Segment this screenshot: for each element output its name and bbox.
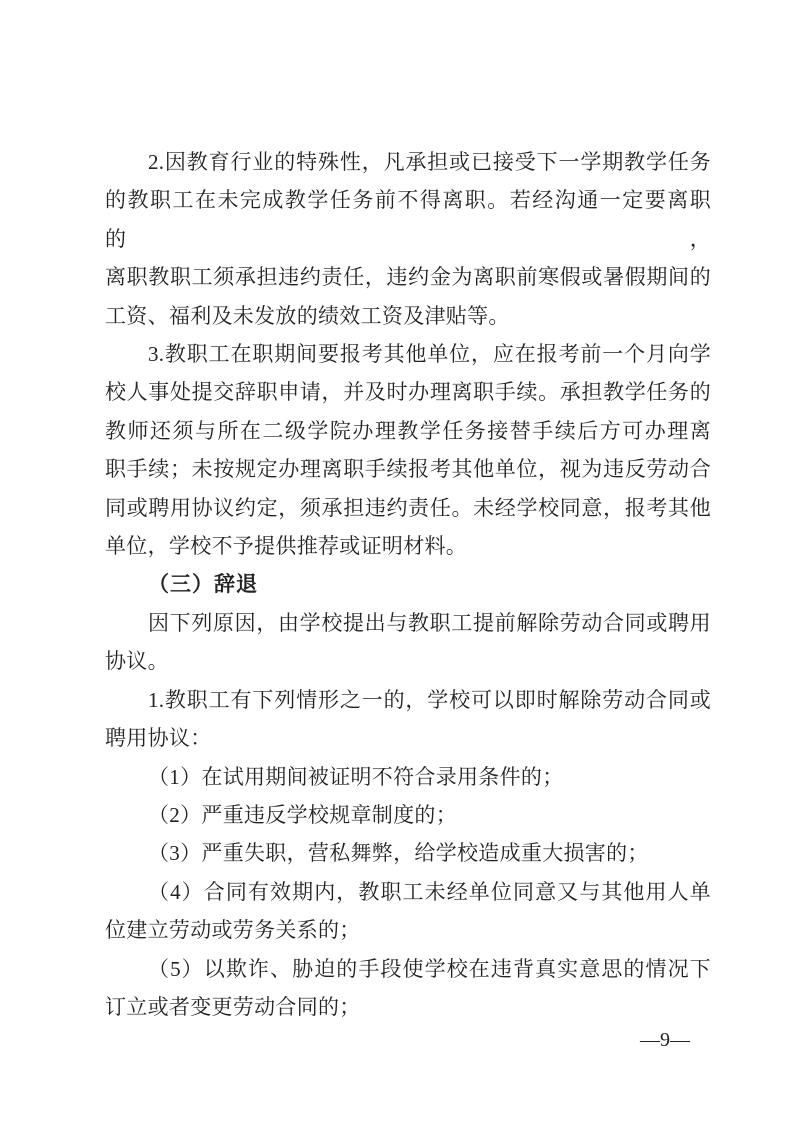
text-line: 教师还须与所在二级学院办理教学任务接替手续后方可办理离 — [105, 412, 711, 450]
text-line: 2.因教育行业的特殊性，凡承担或已接受下一学期教学任务 — [105, 143, 711, 181]
text-line: 协议。 — [105, 642, 711, 680]
paragraph: 3.教职工在职期间要报考其他单位，应在报考前一个月向学校人事处提交辞职申请，并及… — [105, 335, 711, 565]
page-number: —9— — [640, 1028, 690, 1052]
text-line: 的教职工在未完成教学任务前不得离职。若经沟通一定要离职的， — [105, 181, 711, 258]
text-line: （三）辞退 — [105, 565, 711, 603]
text-line: （1）在试用期间被证明不符合录用条件的； — [105, 758, 711, 796]
paragraph: （2）严重违反学校规章制度的； — [105, 796, 711, 834]
text-line: 订立或者变更劳动合同的； — [105, 988, 711, 1026]
text-line: （2）严重违反学校规章制度的； — [105, 796, 711, 834]
document-body: 2.因教育行业的特殊性，凡承担或已接受下一学期教学任务的教职工在未完成教学任务前… — [105, 143, 711, 1026]
text-line: （5）以欺诈、胁迫的手段使学校在违背真实意思的情况下 — [105, 950, 711, 988]
text-line: 同或聘用协议约定，须承担违约责任。未经学校同意，报考其他 — [105, 489, 711, 527]
paragraph: （1）在试用期间被证明不符合录用条件的； — [105, 758, 711, 796]
text-line: 离职教职工须承担违约责任，违约金为离职前寒假或暑假期间的 — [105, 258, 711, 296]
paragraph: （4）合同有效期内，教职工未经单位同意又与其他用人单位建立劳动或劳务关系的； — [105, 873, 711, 950]
paragraph: 1.教职工有下列情形之一的，学校可以即时解除劳动合同或聘用协议： — [105, 681, 711, 758]
text-line: 工资、福利及未发放的绩效工资及津贴等。 — [105, 297, 711, 335]
text-line: 位建立劳动或劳务关系的； — [105, 911, 711, 949]
text-line: 因下列原因，由学校提出与教职工提前解除劳动合同或聘用 — [105, 604, 711, 642]
text-line: 职手续；未按规定办理离职手续报考其他单位，视为违反劳动合 — [105, 450, 711, 488]
paragraph: （5）以欺诈、胁迫的手段使学校在违背真实意思的情况下订立或者变更劳动合同的； — [105, 950, 711, 1027]
paragraph: （3）严重失职，营私舞弊，给学校造成重大损害的； — [105, 834, 711, 872]
document-page: 2.因教育行业的特殊性，凡承担或已接受下一学期教学任务的教职工在未完成教学任务前… — [0, 0, 794, 1122]
text-line: 聘用协议： — [105, 719, 711, 757]
paragraph: 2.因教育行业的特殊性，凡承担或已接受下一学期教学任务的教职工在未完成教学任务前… — [105, 143, 711, 335]
text-line: （4）合同有效期内，教职工未经单位同意又与其他用人单 — [105, 873, 711, 911]
text-line: 校人事处提交辞职申请，并及时办理离职手续。承担教学任务的 — [105, 373, 711, 411]
paragraph: 因下列原因，由学校提出与教职工提前解除劳动合同或聘用协议。 — [105, 604, 711, 681]
text-line: 1.教职工有下列情形之一的，学校可以即时解除劳动合同或 — [105, 681, 711, 719]
section-heading: （三）辞退 — [105, 565, 711, 603]
text-line: 单位，学校不予提供推荐或证明材料。 — [105, 527, 711, 565]
text-line: （3）严重失职，营私舞弊，给学校造成重大损害的； — [105, 834, 711, 872]
text-line: 3.教职工在职期间要报考其他单位，应在报考前一个月向学 — [105, 335, 711, 373]
